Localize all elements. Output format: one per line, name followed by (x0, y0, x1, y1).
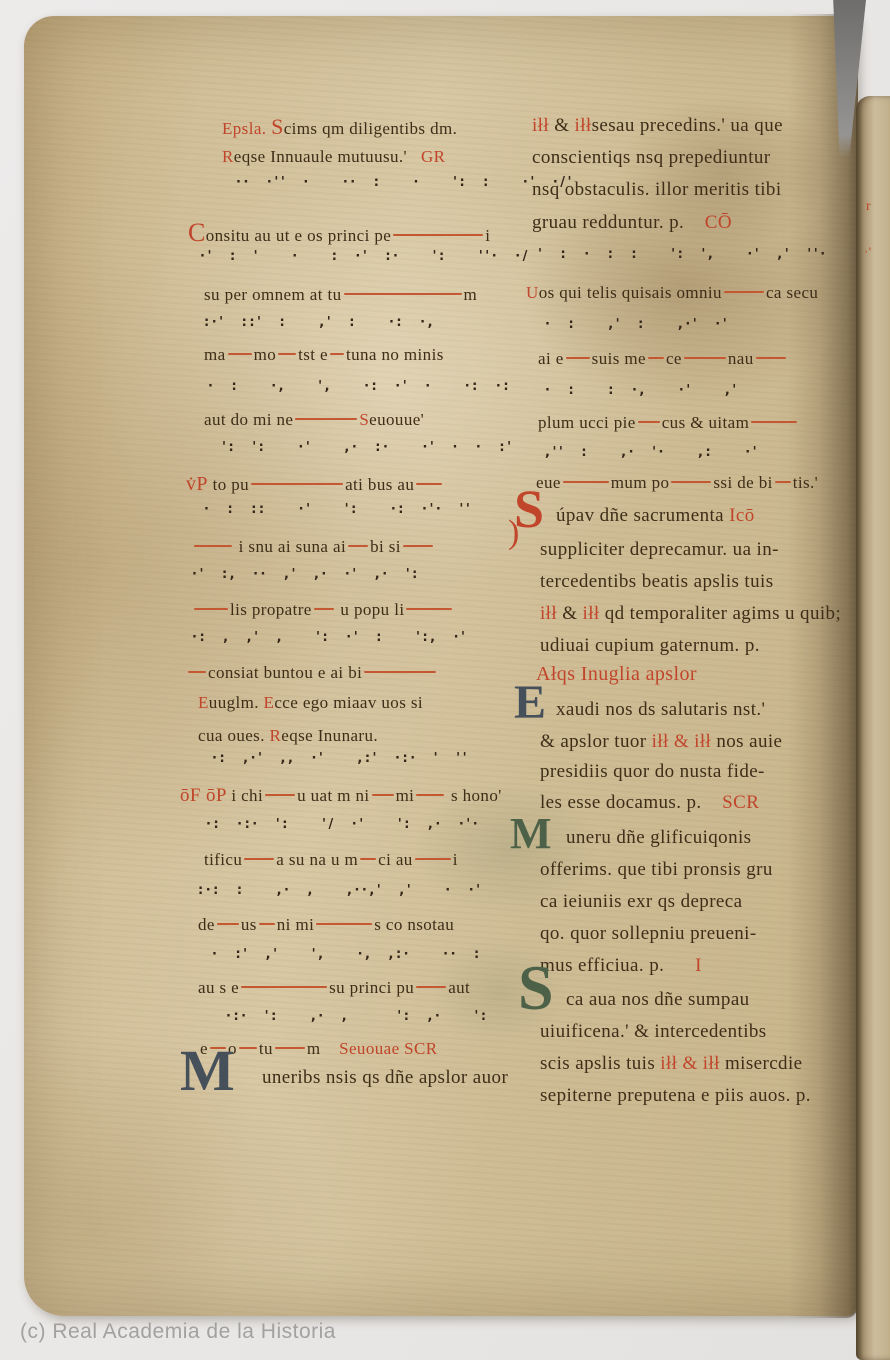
facing-page-text-fragment: ·' (864, 242, 871, 259)
body-text: nos auie (711, 731, 782, 752)
body-text: úpav dñe sacrumenta (556, 505, 729, 526)
rubric-text: I (695, 955, 702, 976)
body-text: cims qm diligentibs dm. (284, 119, 458, 138)
manuscript-line: nsq obstaculis. illor meritis tibi (532, 180, 782, 199)
neume-row: · : :: ·' ': ·: ·'· '' (204, 503, 472, 516)
rubric-text: r (866, 199, 871, 214)
body-text: ci au (378, 850, 413, 869)
neume-row: · : ,' : ,·' ·' (545, 318, 729, 331)
manuscript-line: gruau redduntur. p. CŌ (532, 213, 732, 232)
manuscript-line: udiuai cupium gaternum. p. (540, 636, 760, 655)
body-text: lis propatre (230, 600, 312, 619)
melisma-extender-line (188, 671, 206, 673)
melisma-extender-line (295, 418, 357, 420)
manuscript-line: xaudi nos ds salutaris nst.' (556, 700, 765, 719)
body-text: offerims. que tibi pronsis gru (540, 859, 773, 880)
melisma-extender-line (416, 794, 444, 796)
manuscript-line: ōF ōP i chiu uat m nimi s hono' (180, 786, 502, 805)
body-text: ati bus au (345, 475, 414, 494)
body-text: uiuificena.' & intercedentibs (540, 1021, 767, 1042)
manuscript-line: uneribs nsis qs dñe apslor auor (262, 1068, 508, 1087)
melisma-extender-line (228, 353, 252, 355)
body-text: udiuai cupium gaternum. p. (540, 635, 760, 656)
manuscript-line: offerims. que tibi pronsis gru (540, 860, 773, 879)
melisma-extender-line (393, 234, 483, 236)
rubric-text: iłł & iłł (652, 731, 712, 752)
manuscript-line: mus efficiua. p. I (540, 956, 702, 975)
body-text: i (485, 226, 490, 245)
manuscript-line: les esse docamus. p. SCR (540, 793, 759, 812)
body-text: to pu (213, 475, 249, 494)
initial-letter: E (514, 676, 546, 729)
manuscript-line: tercedentibs beatis apslis tuis (540, 572, 774, 591)
rubric-text: Icō (729, 505, 754, 526)
body-text: u popu li (336, 600, 405, 619)
manuscript-line: deusni mis co nsotau (198, 916, 454, 933)
melisma-extender-line (194, 608, 228, 610)
body-text: m (464, 285, 478, 304)
melisma-extender-line (344, 293, 462, 295)
body-text: uneribs nsis qs dñe apslor auor (262, 1067, 508, 1088)
neume-row: :·' ::' : ,' : ·: ·, (204, 316, 435, 329)
body-text: tercedentibs beatis apslis tuis (540, 571, 774, 592)
manuscript-line: iłł & iłł qd temporaliter agims u quib; (540, 604, 841, 623)
body-text: cua oues. (198, 726, 270, 745)
melisma-extender-line (403, 545, 433, 547)
rubric-text: ōF ōP (180, 785, 231, 806)
initial-letter: S (518, 952, 554, 1023)
body-text: su per omnem at tu (204, 285, 342, 304)
parchment-page (24, 16, 858, 1316)
melisma-extender-line (244, 858, 274, 860)
initial-letter: M (180, 1038, 235, 1103)
melisma-extender-line (671, 481, 711, 483)
melisma-extender-line (751, 421, 797, 423)
body-text: aut (448, 978, 470, 997)
body-text: u uat m ni (297, 786, 369, 805)
neume-row: ': ': ·' ,· :· ·' · · :' (222, 441, 514, 454)
melisma-extender-line (251, 483, 343, 485)
body-text: s hono' (446, 786, 501, 805)
manuscript-line: lis propatre u popu li (192, 601, 454, 618)
body-text: ce (666, 349, 682, 368)
melisma-extender-line (330, 353, 344, 355)
body-text: uneru dñe glificuiqonis (566, 827, 751, 848)
body-text: & apslor tuor (540, 731, 652, 752)
body-text: sesau precedins.' ua que (592, 115, 783, 136)
body-text: ni mi (277, 915, 314, 934)
rubric-text: iłł (540, 603, 557, 624)
manuscript-line: ca aua nos dñe sumpau (566, 990, 750, 1009)
initial-letter: S (514, 479, 544, 539)
body-text: ca secu (766, 283, 818, 302)
rubric-text: R (270, 726, 282, 745)
manuscript-line: qo. quor sollepniu preueni- (540, 924, 757, 943)
body-text: nsq obstaculis. illor meritis tibi (532, 179, 782, 200)
body-text: a su na u m (276, 850, 358, 869)
melisma-extender-line (372, 794, 394, 796)
melisma-extender-line (239, 1047, 257, 1049)
body-text: tificu (204, 850, 242, 869)
body-text: tis.' (793, 473, 818, 492)
melisma-extender-line (566, 357, 590, 359)
body-text: & (557, 603, 582, 624)
melisma-extender-line (265, 794, 295, 796)
manuscript-line: sepiterne preputena e piis auos. p. (540, 1086, 811, 1105)
melisma-extender-line (416, 986, 446, 988)
manuscript-line: Epsla. Scims qm diligentibs dm. (222, 116, 457, 138)
manuscript-line: ai esuis mecenau (538, 350, 788, 367)
rubric-text: C (188, 218, 206, 247)
rubric-text: E (264, 693, 275, 712)
body-text: eqse Innuaule mutuusu.' (234, 147, 421, 166)
manuscript-line: Euuglm. Ecce ego miaav uos si (198, 694, 423, 711)
body-text: sepiterne preputena e piis auos. p. (540, 1085, 811, 1106)
body-text: qd temporaliter agims u quib; (600, 603, 842, 624)
initial-letter: S (514, 488, 544, 531)
manuscript-line: uiuificena.' & intercedentibs (540, 1022, 767, 1041)
neume-row: ·: ·:· ': '/ ·' ': ,· ·'· (206, 818, 480, 831)
melisma-extender-line (241, 986, 327, 988)
neume-row: · : ·, ', ·: ·' · ·: ·: (208, 380, 511, 393)
neume-row: · : : ·, ·' ,' (545, 384, 739, 397)
neume-row: ·: ,·' ,, ·' ,:' ·:· ' '' (212, 752, 469, 765)
neume-row: :·: : ,· , ,··,' ,' · ·' (198, 884, 483, 897)
body-text: su princi pu (329, 978, 414, 997)
manuscript-line: Reqse Innuaule mutuusu.' GR (222, 148, 445, 165)
body-text: gruau redduntur. p. (532, 212, 705, 233)
manuscript-line: cua oues. Reqse Inunaru. (198, 727, 378, 744)
book-gutter-shadow (788, 14, 858, 1318)
facing-page-text-fragment: r (866, 196, 871, 214)
initial-letter: M (510, 809, 552, 858)
neume-row: ·' :, ·· ,' ,· ·' ,· ': (192, 568, 420, 581)
rubric-line: Ałqs Inuglia apslor (536, 664, 697, 684)
body-text: les esse docamus. p. (540, 792, 722, 813)
melisma-extender-line (648, 357, 664, 359)
rubric-text: ·' (864, 244, 871, 259)
rubric-text: U (526, 283, 539, 302)
body-text: scis apslis tuis (540, 1053, 660, 1074)
rubric-text: GR (421, 147, 445, 166)
melisma-extender-line (194, 545, 232, 547)
melisma-extender-line (406, 608, 452, 610)
melisma-extender-line (724, 291, 764, 293)
body-text: uuglm. (209, 693, 264, 712)
neume-row: ·· ·'' · ·· : · ': : ·' ·/' (236, 176, 574, 189)
body-text: consiat buntou e ai bi (208, 663, 362, 682)
melisma-extender-line (275, 1047, 305, 1049)
body-text: m (307, 1039, 339, 1058)
melisma-extender-line (360, 858, 376, 860)
body-text: mum po (611, 473, 670, 492)
body-text: mi (396, 786, 415, 805)
melisma-extender-line (217, 923, 239, 925)
body-text: nau (728, 349, 754, 368)
melisma-extender-line (415, 858, 451, 860)
manuscript-line: v̇P to puati bus au (186, 474, 444, 494)
manuscript-line: uneru dñe glificuiqonis (566, 828, 751, 847)
manuscript-line: i snu ai suna aibi si (192, 538, 435, 555)
rubric-text: iłł (583, 603, 600, 624)
body-text: onsitu au ut e os princi pe (206, 226, 392, 245)
manuscript-line: aut do mi neSeuouue' (204, 411, 424, 428)
melisma-extender-line (775, 481, 791, 483)
melisma-extender-line (314, 608, 334, 610)
body-text: plum ucci pie (538, 413, 636, 432)
body-text: i chi (231, 786, 263, 805)
body-text: ai e (538, 349, 564, 368)
neume-row: ,'' : ,· '· ,: ·' (545, 446, 759, 459)
body-text: misercdie (720, 1053, 803, 1074)
facing-page-edge (856, 96, 890, 1360)
body-text: ca ieiuniis exr qs depreca (540, 891, 742, 912)
rubric-text: S (271, 114, 284, 139)
manuscript-line: tificua su na u mci aui (204, 851, 458, 868)
manuscript-line: plum ucci piecus & uitam (538, 414, 799, 431)
rubric-text: S (359, 410, 369, 429)
body-text: conscientiqs nsq prepediuntur (532, 147, 771, 168)
melisma-extender-line (278, 353, 296, 355)
melisma-extender-line (316, 923, 372, 925)
body-text: de (198, 915, 215, 934)
manuscript-line: ca ieiuniis exr qs depreca (540, 892, 742, 911)
body-text: i snu ai suna ai (234, 537, 346, 556)
body-text: eqse Inunaru. (281, 726, 378, 745)
manuscript-line: euemum possi de bitis.' (536, 474, 818, 491)
body-text: & (549, 115, 574, 136)
manuscript-line: su per omnem at tum (204, 286, 477, 303)
body-text: au s e (198, 978, 239, 997)
body-text: bi si (370, 537, 401, 556)
rubric-text: CŌ (705, 212, 732, 233)
body-text: tu (259, 1039, 273, 1058)
body-text: us (241, 915, 257, 934)
body-text: suppliciter deprecamur. ua in- (540, 539, 779, 560)
manuscript-photo: Epsla. Scims qm diligentibs dm.Reqse Inn… (0, 0, 890, 1360)
manuscript-line: suppliciter deprecamur. ua in- (540, 540, 779, 559)
manuscript-line: consiat buntou e ai bi (186, 664, 438, 681)
melisma-extender-line (638, 421, 660, 423)
body-text: ca aua nos dñe sumpau (566, 989, 750, 1010)
manuscript-line: Consitu au ut e os princi pei (188, 220, 490, 246)
initial-letter: M (180, 1048, 235, 1094)
rubric-text: Epsla. (222, 119, 271, 138)
manuscript-line: scis apslis tuis iłł & iłł misercdie (540, 1054, 802, 1073)
neume-row: ·:· ': ,· , ': ,· ': (226, 1010, 489, 1023)
manuscript-line: Uos qui telis quisais omniuca secu (526, 284, 818, 301)
neume-row: · :' ,' ', ·, ,:· ·· : (212, 948, 482, 961)
body-text: tst e (298, 345, 328, 364)
initial-letter: M (510, 816, 552, 851)
body-text: aut do mi ne (204, 410, 293, 429)
manuscript-line: presidiis quor do nusta fide- (540, 762, 765, 781)
body-text: euouue' (369, 410, 424, 429)
melisma-extender-line (348, 545, 368, 547)
rubric-text: E (198, 693, 209, 712)
body-text: cce ego miaav uos si (274, 693, 423, 712)
melisma-extender-line (259, 923, 275, 925)
manuscript-line: conscientiqs nsq prepediuntur (532, 148, 771, 167)
body-text: ma (204, 345, 226, 364)
body-text: cus & uitam (662, 413, 750, 432)
body-text: s co nsotau (374, 915, 454, 934)
body-text: qo. quor sollepniu preueni- (540, 923, 757, 944)
rubric-text: iłł (532, 115, 549, 136)
neume-row: ' : · : : ': ', ·' ,' ''· (538, 248, 828, 261)
copyright-watermark: (c) Real Academia de la Historia (20, 1320, 336, 1344)
melisma-extender-line (684, 357, 726, 359)
body-text: tuna no minis (346, 345, 444, 364)
body-text: i (453, 850, 458, 869)
rubric-text: iłł (575, 115, 592, 136)
manuscript-line: & apslor tuor iłł & iłł nos auie (540, 732, 782, 751)
initial-letter: E (514, 684, 546, 722)
rubric-text: SCR (722, 792, 759, 813)
rubric-text: R (222, 147, 234, 166)
melisma-extender-line (563, 481, 609, 483)
body-text: ssi de bi (713, 473, 772, 492)
rubric-text: iłł & iłł (660, 1053, 720, 1074)
neume-row: ·: , ,' , ': ·' : ':, ·' (192, 631, 468, 644)
neume-row: ·' : ' · : ·' :· ': ''· ·/ (200, 250, 530, 263)
body-text: suis me (592, 349, 646, 368)
body-text: xaudi nos ds salutaris nst.' (556, 699, 765, 720)
rubric-text: Ałqs Inuglia apslor (536, 663, 697, 685)
manuscript-line: mamotst etuna no minis (204, 346, 444, 363)
body-text: presidiis quor do nusta fide- (540, 761, 765, 782)
manuscript-line: iłł & iłłsesau precedins.' ua que (532, 116, 783, 135)
body-text: mo (254, 345, 277, 364)
rubric-text: v̇P (186, 473, 213, 495)
body-text: mus efficiua. p. (540, 955, 695, 976)
melisma-extender-line (364, 671, 436, 673)
melisma-extender-line (756, 357, 786, 359)
manuscript-line: eotum Seuouae SCR (200, 1040, 438, 1057)
manuscript-line: au s esu princi puaut (198, 979, 470, 996)
initial-letter: S (518, 962, 554, 1013)
rubric-text: Seuouae SCR (339, 1039, 437, 1058)
manuscript-line: úpav dñe sacrumenta Icō (556, 506, 755, 525)
melisma-extender-line (416, 483, 442, 485)
body-text: os qui telis quisais omniu (539, 283, 722, 302)
